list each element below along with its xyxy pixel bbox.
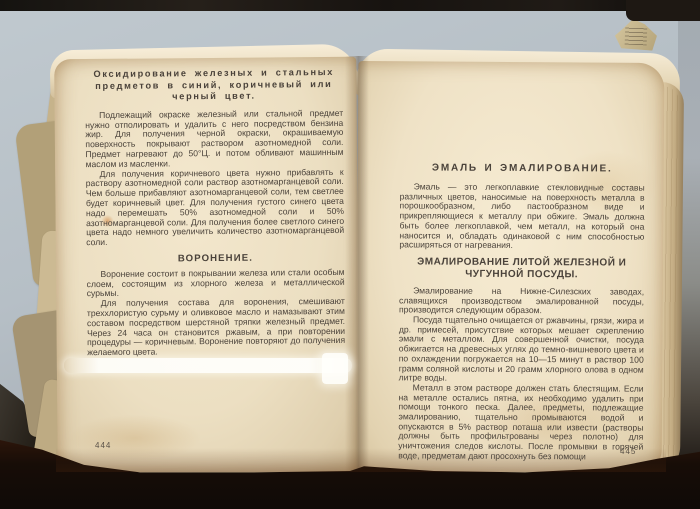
section-heading-enameling: ЭМАЛИРОВАНИЕ ЛИТОЙ ЖЕЛЕЗНОЙ И ЧУГУННОЙ П… [399,256,644,281]
scanner-top-strip [0,0,700,11]
paragraph-voronenie-2: Для получения состава для воронения, сме… [87,297,346,358]
camera-glare-strip [64,358,352,373]
open-book-photo: Оксидирование железных и стальных предме… [0,0,700,509]
page-stain [70,415,200,461]
paragraph-enameling-2: Посуда тщательно очищается от ржавчины, … [399,315,644,384]
scanner-top-strip-right [626,0,700,21]
section-heading-voronenie: ВОРОНЕНИЕ. [86,253,344,265]
paragraph-enameling-1: Эмалирование на Нижне-Силезских заводах,… [399,286,644,316]
right-page-text: ЭМАЛЬ И ЭМАЛИРОВАНИЕ. Эмаль — это легкоп… [398,162,645,462]
scrap-text-lines [625,27,648,46]
paragraph-enameling-3: Металл в этом растворе должен стать блес… [398,383,643,462]
left-page-text: Оксидирование железных и стальных предме… [85,67,346,358]
left-page-heading: Оксидирование железных и стальных предме… [85,67,343,104]
paragraph-voronenie-1: Воронение состоит в покрывании железа ил… [86,268,344,300]
paragraph-oxidation-2: Для получения коричневого цвета нужно пр… [86,167,345,248]
torn-paper-scrap [614,18,657,50]
book-gutter-shadow [345,56,369,474]
right-page-heading: ЭМАЛЬ И ЭМАЛИРОВАНИЕ. [400,162,645,175]
paragraph-oxidation-1: Подлежащий окраске железный или стальной… [85,109,344,170]
camera-glare-spot [322,353,348,384]
page-number-right: 445 [620,447,636,456]
paragraph-enamel-1: Эмаль — это легкоплавкие стекловидные со… [399,182,644,251]
page-number-left: 444 [95,441,111,450]
